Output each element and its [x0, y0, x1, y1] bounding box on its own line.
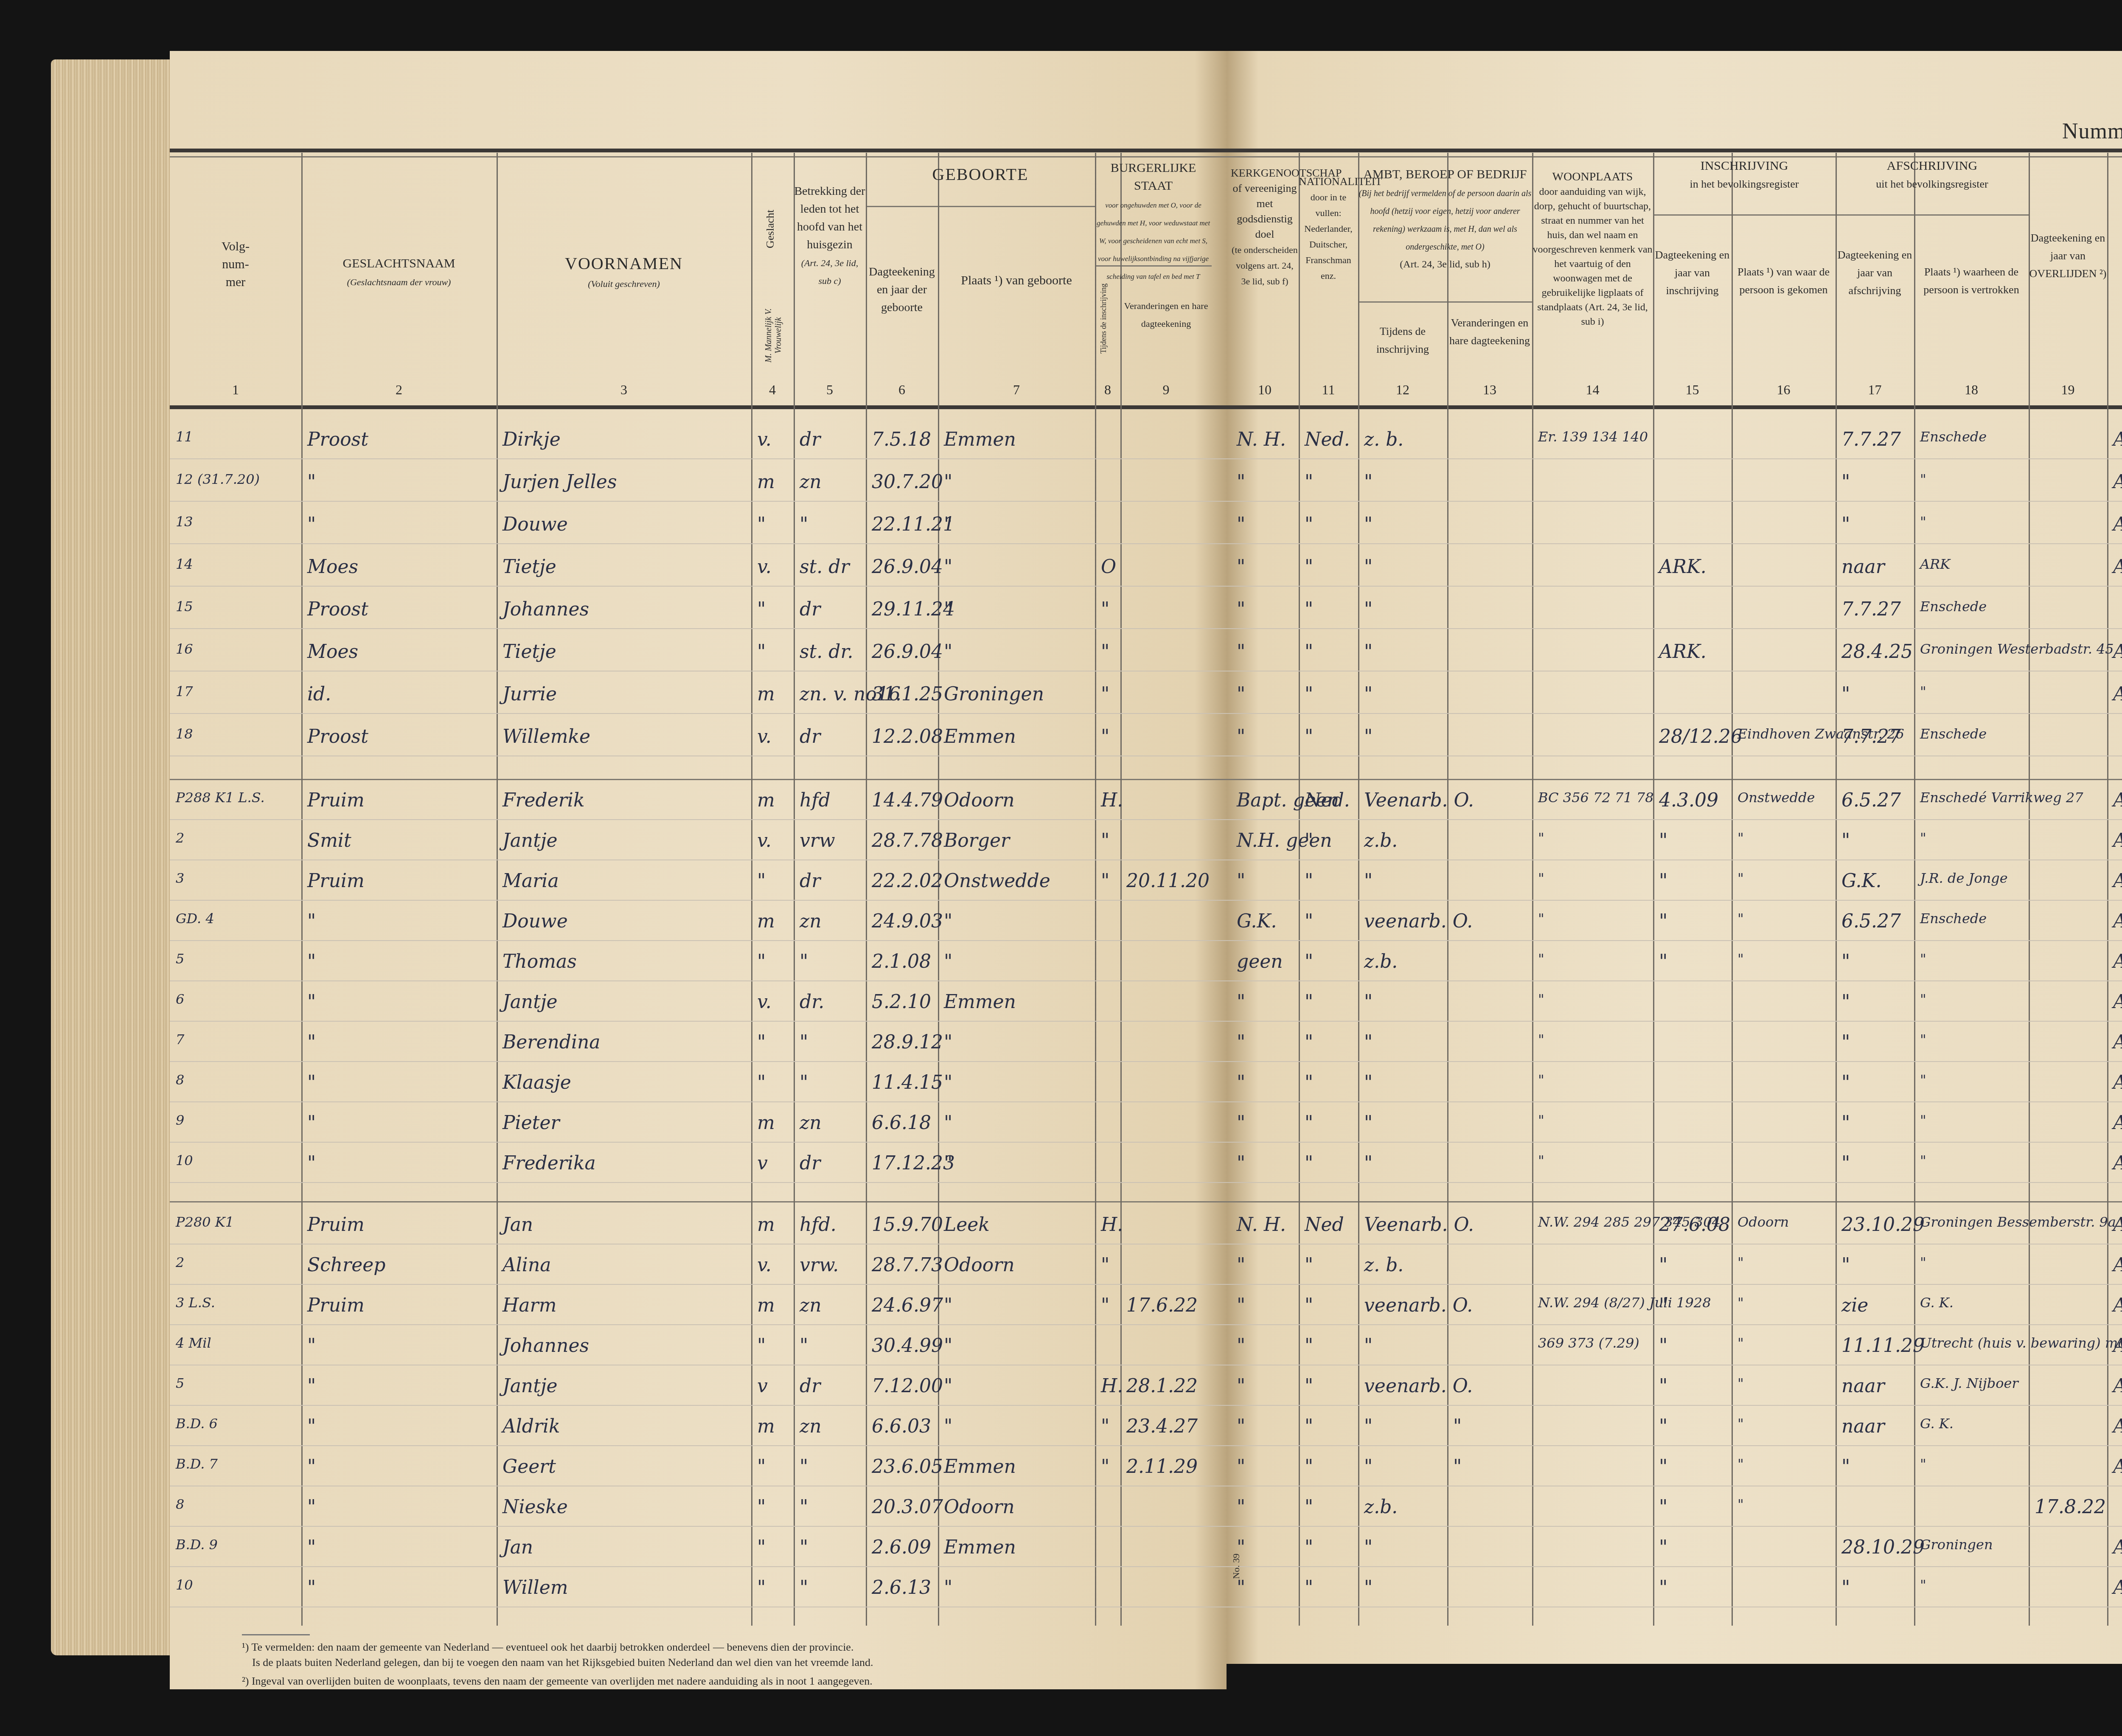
column-number-19: 19: [2029, 382, 2107, 398]
cell-row26-col12: z.b.: [1364, 1496, 1398, 1518]
column-number-8: 8: [1095, 382, 1120, 398]
column-number-12: 12: [1358, 382, 1447, 398]
cell-row7-col10: ": [1237, 683, 1245, 705]
cell-row15-col17: ": [1841, 1031, 1850, 1053]
cell-row25-col4: ": [757, 1456, 766, 1478]
cell-row22-col16: ": [1737, 1335, 1744, 1351]
cell-row1-col1: 11: [176, 429, 193, 445]
cell-row3-col1: 13: [176, 514, 193, 530]
cell-row13-col10: geen: [1237, 951, 1283, 972]
column-number-4: 4: [751, 382, 794, 398]
cell-row7-col11: ": [1305, 683, 1313, 705]
cell-row20-col6: 28.7.73: [872, 1254, 943, 1276]
cell-row4-col5: st. dr: [800, 556, 849, 578]
cell-row3-col17: ": [1841, 514, 1850, 535]
cell-row6-col18: Groningen Westerbadstr. 45: [1920, 641, 2114, 657]
col2-header: GESLACHTSNAAM(Geslachtsnaam der vrouw): [301, 255, 497, 290]
cell-row8-col18: Enschede: [1920, 726, 1987, 742]
cell-row14-col4: v.: [757, 991, 772, 1013]
col3-header: VOORNAMEN(Voluit geschreven): [497, 255, 751, 292]
cell-row12-col3: Douwe: [502, 910, 568, 932]
cell-row13-col2: ": [307, 951, 316, 972]
cell-row18-col20: ACC: [2113, 1152, 2122, 1174]
block-divider-1: [170, 779, 2122, 780]
footnote-1: ¹) Te vermelden: den naam der gemeente v…: [242, 1640, 1006, 1655]
cell-row22-col12: ": [1364, 1335, 1373, 1357]
cell-row10-col6: 28.7.78: [872, 830, 943, 851]
row-rule: [170, 1566, 2122, 1567]
cell-row15-col20: ACC: [2113, 1031, 2122, 1053]
row-rule: [170, 1365, 2122, 1365]
row-rule: [170, 1142, 2122, 1143]
cell-row24-col5: zn: [800, 1416, 822, 1437]
col4-header: Geslacht: [764, 178, 777, 280]
cell-row19-col20: ACC: [2113, 1214, 2122, 1236]
cell-row11-col9: 20.11.20: [1126, 870, 1210, 892]
cell-row8-col7: Emmen: [944, 726, 1016, 747]
cell-row24-col6: 6.6.03: [872, 1416, 931, 1437]
col4-note: M. Mannelijk V. Vrouwelijk: [764, 297, 783, 374]
cell-row11-col3: Maria: [502, 870, 559, 892]
cell-row18-col7: ": [944, 1152, 952, 1174]
cell-row13-col3: Thomas: [502, 951, 577, 972]
cell-row23-col10: ": [1237, 1375, 1245, 1397]
cell-row5-col8: ": [1101, 598, 1109, 620]
column-number-5: 5: [794, 382, 866, 398]
cell-row6-col5: st. dr.: [800, 641, 853, 663]
row-rule: [170, 940, 2122, 941]
cell-row14-col17: ": [1841, 991, 1850, 1013]
cell-row6-col4: ": [757, 641, 766, 663]
cell-row19-col11: Ned: [1305, 1214, 1344, 1236]
cell-row28-col7: ": [944, 1577, 952, 1598]
cell-row28-col15: ": [1659, 1577, 1667, 1598]
cell-row7-col1: 17: [176, 683, 193, 699]
cell-row1-col2: Proost: [307, 429, 368, 450]
col14-header: WOONPLAATSdoor aanduiding van wijk, dorp…: [1532, 170, 1653, 329]
cell-row20-col3: Alina: [502, 1254, 551, 1276]
cell-row23-col3: Jantje: [502, 1375, 558, 1397]
cell-row9-col14: BC 356 72 71 78: [1538, 789, 1654, 806]
cell-row21-col18: G. K.: [1920, 1295, 1954, 1311]
cell-row4-col17: naar: [1841, 556, 1885, 578]
cell-row21-col4: m: [757, 1295, 775, 1316]
cell-row15-col11: ": [1305, 1031, 1313, 1053]
cell-row16-col20: ACC: [2113, 1072, 2122, 1093]
cell-row5-col18: Enschede: [1920, 598, 1987, 615]
cell-row6-col3: Tietje: [502, 641, 556, 663]
cell-row18-col12: ": [1364, 1152, 1373, 1174]
cell-row17-col5: zn: [800, 1112, 822, 1134]
cell-row7-col3: Jurrie: [502, 683, 557, 705]
cell-row5-col12: ": [1364, 598, 1373, 620]
cell-row21-col14: N.W. 294 (8/27) Juli 1928: [1538, 1295, 1711, 1311]
cell-row9-col20: AK: [2113, 789, 2122, 811]
cell-row15-col14: ": [1538, 1031, 1544, 1048]
cell-row1-col20: ACC: [2113, 429, 2122, 450]
cell-row16-col3: Klaasje: [502, 1072, 571, 1093]
column-number-11: 11: [1299, 382, 1358, 398]
cell-row16-col17: ": [1841, 1072, 1850, 1093]
cell-row1-col11: Ned.: [1305, 429, 1350, 450]
cell-row9-col1: P288 K1 L.S.: [176, 789, 265, 806]
cell-row9-col17: 6.5.27: [1841, 789, 1901, 811]
cell-row15-col5: ": [800, 1031, 808, 1053]
cell-row23-col4: v: [757, 1375, 768, 1397]
cell-row1-col10: N. H.: [1237, 429, 1286, 450]
cell-row4-col3: Tietje: [502, 556, 556, 578]
cell-row4-col2: Moes: [307, 556, 358, 578]
row-rule: [170, 1021, 2122, 1022]
cell-row2-col12: ": [1364, 471, 1373, 493]
cell-row2-col17: ": [1841, 471, 1850, 493]
cell-row2-col10: ": [1237, 471, 1245, 493]
row-rule: [170, 458, 2122, 459]
cell-row13-col11: ": [1305, 951, 1313, 972]
cell-row12-col12: veenarb. O.: [1364, 910, 1473, 932]
cell-row13-col15: ": [1659, 951, 1667, 972]
cell-row11-col6: 22.2.02: [872, 870, 943, 892]
row-rule: [170, 1101, 2122, 1102]
cell-row25-col13: ": [1453, 1456, 1462, 1478]
cell-row22-col4: ": [757, 1335, 766, 1357]
cell-row26-col16: ": [1737, 1496, 1744, 1512]
column-number-16: 16: [1732, 382, 1836, 398]
cell-row20-col15: ": [1659, 1254, 1667, 1276]
row-rule: [170, 1607, 2122, 1607]
cell-row17-col20: ACC: [2113, 1112, 2122, 1134]
row-rule: [170, 1486, 2122, 1486]
cell-row6-col10: ": [1237, 641, 1245, 663]
cell-row19-col4: m: [757, 1214, 775, 1236]
cell-row13-col12: z.b.: [1364, 951, 1398, 972]
header-bottom-rule: [170, 405, 2122, 409]
cell-row10-col1: 2: [176, 830, 184, 846]
cell-row28-col12: ": [1364, 1577, 1373, 1598]
cell-row27-col18: Groningen: [1920, 1537, 1993, 1553]
cell-row13-col5: ": [800, 951, 808, 972]
cell-row25-col8: ": [1101, 1456, 1109, 1478]
cell-row1-col7: Emmen: [944, 429, 1016, 450]
cell-row9-col6: 14.4.79: [872, 789, 943, 811]
cell-row5-col6: 29.11.24: [872, 598, 955, 620]
cell-row23-col17: naar: [1841, 1375, 1885, 1397]
cell-row6-col8: ": [1101, 641, 1109, 663]
cell-row27-col11: ": [1305, 1537, 1313, 1558]
cell-row6-col17: 28.4.25: [1841, 641, 1913, 663]
cell-row13-col14: ": [1538, 951, 1544, 967]
row-rule: [170, 543, 2122, 544]
cell-row28-col20: ACC.: [2113, 1577, 2122, 1598]
cell-row10-col11: ": [1305, 830, 1313, 851]
cell-row28-col11: ": [1305, 1577, 1313, 1598]
cell-row7-col4: m: [757, 683, 775, 705]
cell-row17-col12: ": [1364, 1112, 1373, 1134]
cell-row13-col17: ": [1841, 951, 1850, 972]
cell-row28-col17: ": [1841, 1577, 1850, 1598]
cell-row1-col4: v.: [757, 429, 772, 450]
cell-row18-col1: 10: [176, 1152, 193, 1169]
cell-row17-col6: 6.6.18: [872, 1112, 931, 1134]
cell-row20-col12: z. b.: [1364, 1254, 1403, 1276]
cell-row15-col6: 28.9.12: [872, 1031, 943, 1053]
cell-row4-col12: ": [1364, 556, 1373, 578]
cell-row2-col20: ACC: [2113, 471, 2122, 493]
col7-header: Plaats ¹) van geboorte: [938, 272, 1095, 289]
column-number-13: 13: [1447, 382, 1532, 398]
column-number-9: 9: [1120, 382, 1212, 398]
cell-row14-col14: ": [1538, 991, 1544, 1007]
footnotes: ¹) Te vermelden: den naam der gemeente v…: [242, 1634, 1006, 1689]
col19-header: Dagteekening en jaar van OVERLIJDEN ²): [2029, 229, 2107, 283]
row-rule: [170, 1526, 2122, 1527]
cell-row11-col8: ": [1101, 870, 1109, 892]
column-number-17: 17: [1836, 382, 1914, 398]
cell-row22-col14: 369 373 (7.29): [1538, 1335, 1639, 1351]
cell-row20-col2: Schreep: [307, 1254, 385, 1276]
cell-row8-col15: 28/12.26: [1659, 726, 1743, 747]
cell-row10-col18: ": [1920, 830, 1926, 846]
register-book: Nummer van het blad Volg-num-mer GESLACH…: [0, 0, 2122, 1736]
cell-row11-col4: ": [757, 870, 766, 892]
cell-row25-col9: 2.11.29: [1126, 1456, 1198, 1478]
cell-row8-col12: ": [1364, 726, 1373, 747]
cell-row24-col7: ": [944, 1416, 952, 1437]
cell-row11-col5: dr: [800, 870, 820, 892]
cell-row25-col1: B.D. 7: [176, 1456, 218, 1472]
row-rule: [170, 980, 2122, 981]
cell-row13-col7: ": [944, 951, 952, 972]
cell-row18-col3: Frederika: [502, 1152, 596, 1174]
cell-row14-col1: 6: [176, 991, 184, 1007]
row-rule: [170, 713, 2122, 714]
cell-row12-col14: ": [1538, 910, 1544, 927]
cell-row16-col2: ": [307, 1072, 316, 1093]
cell-row26-col15: ": [1659, 1496, 1667, 1518]
cell-row3-col2: ": [307, 514, 316, 535]
cell-row28-col3: Willem: [502, 1577, 568, 1598]
cell-row23-col6: 7.12.00: [872, 1375, 943, 1397]
cell-row1-col14: Er. 139 134 140: [1538, 429, 1648, 445]
cell-row11-col2: Pruim: [307, 870, 365, 892]
cell-row15-col4: ": [757, 1031, 766, 1053]
cell-row10-col2: Smit: [307, 830, 351, 851]
column-number-14: 14: [1532, 382, 1653, 398]
cell-row23-col8: H.: [1101, 1375, 1123, 1397]
cell-row3-col10: ": [1237, 514, 1245, 535]
cell-row1-col18: Enschede: [1920, 429, 1987, 445]
cell-row26-col3: Nieske: [502, 1496, 568, 1518]
cell-row11-col10: ": [1237, 870, 1245, 892]
cell-row2-col2: ": [307, 471, 316, 493]
afschrijving-rule: [1836, 214, 2029, 216]
footnote-1b: Is de plaats buiten Nederland gelegen, d…: [242, 1655, 1006, 1670]
row-rule: [170, 586, 2122, 587]
cell-row11-col7: Onstwedde: [944, 870, 1050, 892]
geboorte-group-header: GEBOORTE: [866, 166, 1095, 185]
cell-row8-col11: ": [1305, 726, 1313, 747]
cell-row8-col6: 12.2.08: [872, 726, 943, 747]
cell-row16-col6: 11.4.15: [872, 1072, 943, 1093]
cell-row14-col5: dr.: [800, 991, 824, 1013]
cell-row12-col5: zn: [800, 910, 822, 932]
cell-row7-col7: Groningen: [944, 683, 1044, 705]
cell-row7-col2: id.: [307, 683, 331, 705]
cell-row21-col3: Harm: [502, 1295, 556, 1316]
side-stamp: No. 39: [1231, 1541, 1242, 1592]
cell-row8-col10: ": [1237, 726, 1245, 747]
cell-row11-col14: ": [1538, 870, 1544, 886]
row-rule: [170, 1244, 2122, 1244]
cell-row7-col8: ": [1101, 683, 1109, 705]
row-rule: [170, 1324, 2122, 1325]
cell-row24-col2: ": [307, 1416, 316, 1437]
cell-row15-col7: ": [944, 1031, 952, 1053]
cell-row21-col8: ": [1101, 1295, 1109, 1316]
cell-row21-col2: Pruim: [307, 1295, 365, 1316]
cell-row17-col3: Pieter: [502, 1112, 559, 1134]
cell-row23-col15: ": [1659, 1375, 1667, 1397]
cell-row23-col5: dr: [800, 1375, 820, 1397]
cell-row22-col2: ": [307, 1335, 316, 1357]
cell-row24-col18: G. K.: [1920, 1416, 1954, 1432]
cell-row5-col1: 15: [176, 598, 193, 615]
footnote-2: ²) Ingeval van overlijden buiten de woon…: [242, 1674, 1006, 1689]
cell-row20-col7: Odoorn: [944, 1254, 1015, 1276]
cell-row6-col7: ": [944, 641, 952, 663]
cell-row5-col7: ": [944, 598, 952, 620]
cell-row27-col3: Jan: [502, 1537, 533, 1558]
col13-header: Veranderingen en hare dagteekening: [1447, 314, 1532, 350]
cell-row13-col6: 2.1.08: [872, 951, 931, 972]
column-number-6: 6: [866, 382, 938, 398]
cell-row15-col3: Berendina: [502, 1031, 601, 1053]
cell-row23-col7: ": [944, 1375, 952, 1397]
page-stack-left: [51, 59, 170, 1655]
col8-header: Tijdens de inschrijving: [1099, 276, 1108, 361]
cell-row5-col4: ": [757, 598, 766, 620]
row-rule: [170, 1061, 2122, 1062]
cell-row9-col4: m: [757, 789, 775, 811]
cell-row22-col18: Utrecht (huis v. bewaring) model A: [1920, 1335, 2119, 1351]
cell-row7-col20: ACC: [2113, 683, 2122, 705]
cell-row8-col2: Proost: [307, 726, 368, 747]
cell-row2-col5: zn: [800, 471, 822, 493]
cell-row4-col1: 14: [176, 556, 193, 572]
cell-row7-col12: ": [1364, 683, 1373, 705]
cell-row6-col15: ARK.: [1659, 641, 1707, 663]
cell-row21-col10: ": [1237, 1295, 1245, 1316]
cell-row10-col8: ": [1101, 830, 1109, 851]
cell-row22-col6: 30.4.99: [872, 1335, 943, 1357]
cell-row20-col20: ACC: [2113, 1254, 2122, 1276]
cell-row8-col17: 7.7.27: [1841, 726, 1901, 747]
column-number-10: 10: [1231, 382, 1299, 398]
cell-row23-col2: ": [307, 1375, 316, 1397]
cell-row17-col2: ": [307, 1112, 316, 1134]
ambt-group-header: AMBT, BEROEP OF BEDRIJF(Bij het bedrijf …: [1358, 166, 1532, 273]
cell-row4-col20: ACC: [2113, 556, 2122, 578]
cell-row22-col15: ": [1659, 1335, 1667, 1357]
cell-row10-col12: z.b.: [1364, 830, 1398, 851]
cell-row25-col16: ": [1737, 1456, 1744, 1472]
cell-row21-col20: ACC: [2113, 1295, 2122, 1316]
cell-row27-col1: B.D. 9: [176, 1537, 218, 1553]
cell-row14-col12: ": [1364, 991, 1373, 1013]
cell-row6-col1: 16: [176, 641, 193, 657]
cell-row1-col3: Dirkje: [502, 429, 561, 450]
cell-row17-col18: ": [1920, 1112, 1926, 1128]
cell-row25-col12: ": [1364, 1456, 1373, 1478]
cell-row28-col2: ": [307, 1577, 316, 1598]
cell-row21-col17: zie: [1841, 1295, 1868, 1316]
cell-row13-col18: ": [1920, 951, 1926, 967]
row-rule: [170, 1284, 2122, 1285]
cell-row9-col7: Odoorn: [944, 789, 1015, 811]
cell-row25-col10: ": [1237, 1456, 1245, 1478]
cell-row27-col17: 28.10.29: [1841, 1537, 1925, 1558]
cell-row3-col7: ": [944, 514, 952, 535]
cell-row19-col5: hfd.: [800, 1214, 836, 1236]
cell-row26-col2: ": [307, 1496, 316, 1518]
cell-row18-col17: ": [1841, 1152, 1850, 1174]
col20-header: AANMERKINGEN(Art. 24, 5e lid): [2107, 263, 2122, 300]
cell-row9-col2: Pruim: [307, 789, 365, 811]
row-rule: [170, 819, 2122, 820]
cell-row12-col17: 6.5.27: [1841, 910, 1901, 932]
row-rule: [170, 1182, 2122, 1183]
cell-row2-col4: m: [757, 471, 775, 493]
cell-row24-col15: ": [1659, 1416, 1667, 1437]
cell-row11-col15: ": [1659, 870, 1667, 892]
cell-row5-col17: 7.7.27: [1841, 598, 1901, 620]
cell-row23-col20: ACC: [2113, 1375, 2122, 1397]
cell-row5-col11: ": [1305, 598, 1313, 620]
cell-row11-col12: ": [1364, 870, 1373, 892]
cell-row18-col5: dr: [800, 1152, 820, 1174]
cell-row23-col1: 5: [176, 1375, 184, 1391]
cell-row4-col7: ": [944, 556, 952, 578]
cell-row3-col3: Douwe: [502, 514, 568, 535]
cell-row12-col10: G.K.: [1237, 910, 1277, 932]
cell-row11-col18: J.R. de Jonge: [1920, 870, 2008, 886]
cell-row8-col3: Willemke: [502, 726, 590, 747]
cell-row4-col4: v.: [757, 556, 772, 578]
cell-row14-col6: 5.2.10: [872, 991, 931, 1013]
col12-header: Tijdens de inschrijving: [1358, 323, 1447, 358]
cell-row10-col10: N.H. geen: [1237, 830, 1332, 851]
cell-row19-col16: Odoorn: [1737, 1214, 1789, 1230]
cell-row6-col20: ACC: [2113, 641, 2122, 663]
column-number-15: 15: [1653, 382, 1732, 398]
cell-row19-col8: H.: [1101, 1214, 1123, 1236]
cell-row6-col12: ": [1364, 641, 1373, 663]
cell-row15-col18: ": [1920, 1031, 1926, 1048]
cell-row16-col12: ": [1364, 1072, 1373, 1093]
column-number-20: 20: [2107, 382, 2122, 398]
cell-row1-col17: 7.7.27: [1841, 429, 1901, 450]
cell-row18-col6: 17.12.23: [872, 1152, 955, 1174]
cell-row2-col7: ": [944, 471, 952, 493]
cell-row12-col15: ": [1659, 910, 1667, 932]
cell-row9-col5: hfd: [800, 789, 831, 811]
cell-row26-col7: Odoorn: [944, 1496, 1015, 1518]
cell-row20-col5: vrw.: [800, 1254, 839, 1276]
cell-row18-col11: ": [1305, 1152, 1313, 1174]
cell-row20-col16: ": [1737, 1254, 1744, 1270]
cell-row3-col18: ": [1920, 514, 1926, 530]
cell-row19-col12: Veenarb. O.: [1364, 1214, 1474, 1236]
